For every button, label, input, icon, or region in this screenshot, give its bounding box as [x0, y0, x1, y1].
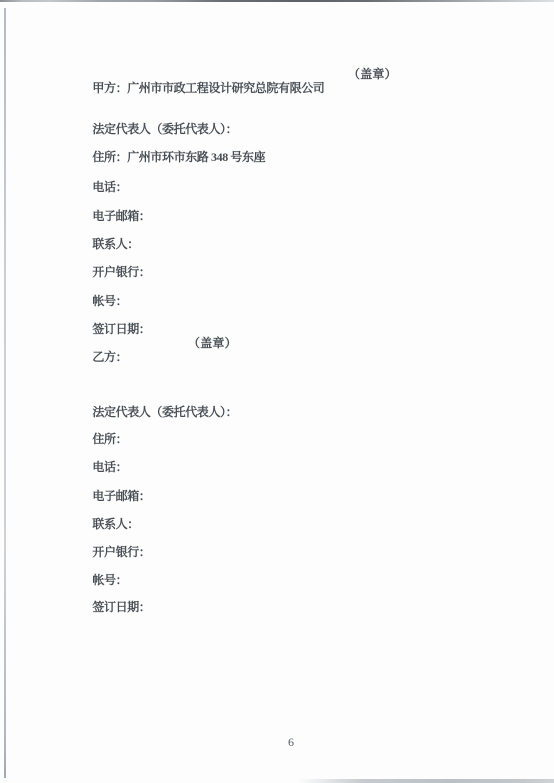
field-label: 签订日期： — [92, 600, 150, 614]
field-party-a-bank: 开户银行： — [82, 251, 534, 265]
stamp-note: （盖章） — [348, 67, 397, 81]
field-party-a-name: 甲方：广州市市政工程设计研究总院有限公司 （盖章） — [82, 67, 534, 81]
page-number: 6 — [288, 735, 294, 750]
field-party-b-name: 乙方： （盖章） — [82, 336, 534, 350]
field-party-b-phone: 电话： — [82, 446, 534, 460]
field-party-b-contact-person: 联系人： — [82, 503, 534, 517]
scanned-contract-signature-page: 甲方：广州市市政工程设计研究总院有限公司 （盖章） 法定代表人（委托代表人）： … — [0, 0, 554, 783]
field-label: 甲方：广州市市政工程设计研究总院有限公司 — [92, 81, 324, 95]
field-party-b-legal-representative: 法定代表人（委托代表人）： — [82, 391, 534, 405]
scan-artifact-bottom-shadow — [298, 779, 554, 783]
field-party-a-email: 电子邮箱： — [82, 195, 534, 209]
field-label: 帐号： — [92, 294, 127, 308]
field-party-b-signing-date: 签订日期： — [82, 586, 534, 600]
field-party-a-address: 住所：广州市环市东路 348 号东座 — [82, 136, 534, 150]
field-party-b-email: 电子邮箱： — [82, 475, 534, 489]
field-party-a-account-number: 帐号： — [82, 280, 534, 294]
field-label: 法定代表人（委托代表人）： — [92, 405, 237, 419]
field-label: 住所： — [92, 432, 127, 446]
field-label: 帐号： — [92, 573, 127, 587]
scan-artifact-top-edge — [0, 0, 554, 2]
field-party-a-contact-person: 联系人： — [82, 223, 534, 237]
field-party-b-account-number: 帐号： — [82, 559, 534, 573]
field-label: 乙方： — [92, 350, 127, 364]
field-party-b-bank: 开户银行： — [82, 531, 534, 545]
field-label: 住所：广州市环市东路 348 号东座 — [92, 150, 265, 164]
field-label: 开户银行： — [92, 265, 150, 279]
field-label: 签订日期： — [92, 322, 150, 336]
field-party-b-address: 住所： — [82, 418, 534, 432]
field-label: 开户银行： — [92, 545, 150, 559]
field-label: 联系人： — [92, 237, 138, 251]
field-label: 电话： — [92, 180, 127, 194]
field-label: 电子邮箱： — [92, 489, 150, 503]
field-label: 电子邮箱： — [92, 209, 150, 223]
field-party-a-phone: 电话： — [82, 166, 534, 180]
field-label: 联系人： — [92, 517, 138, 531]
field-party-a-legal-representative: 法定代表人（委托代表人）： — [82, 108, 534, 122]
stamp-note: （盖章） — [188, 336, 237, 350]
field-label: 法定代表人（委托代表人）： — [92, 122, 237, 136]
field-label: 电话： — [92, 460, 127, 474]
field-party-a-signing-date: 签订日期： — [82, 308, 534, 322]
scan-artifact-left-edge — [4, 8, 6, 778]
